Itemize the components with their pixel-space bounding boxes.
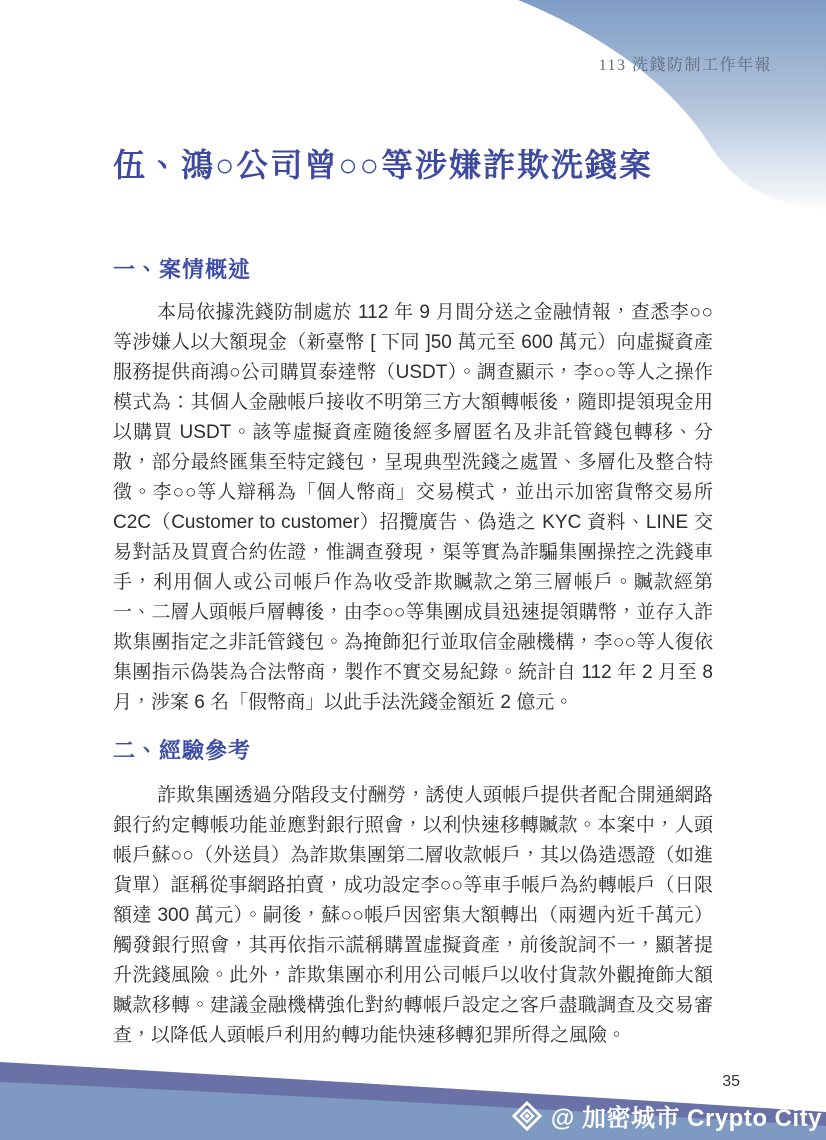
section-heading-case-summary: 一、案情概述 — [113, 256, 713, 283]
section-body-case-summary: 本局依據洗錢防制處於 112 年 9 月間分送之金融情報，查悉李○○等涉嫌人以大… — [113, 298, 713, 718]
report-page: 113 洗錢防制工作年報 伍、鴻○公司曾○○等涉嫌詐欺洗錢案 一、案情概述 本局… — [0, 0, 826, 1140]
page-number: 35 — [722, 1073, 740, 1091]
section-heading-experience-reference: 二、經驗參考 — [113, 737, 713, 764]
page-title: 伍、鴻○公司曾○○等涉嫌詐欺洗錢案 — [113, 146, 713, 184]
watermark: @ 加密城市 Crypto City — [512, 1098, 822, 1133]
crypto-city-diamond-icon — [512, 1101, 542, 1131]
watermark-text: @ 加密城市 Crypto City — [551, 1098, 822, 1133]
section-body-experience-reference: 詐欺集團透過分階段支付酬勞，誘使人頭帳戶提供者配合開通網路銀行約定轉帳功能並應對… — [113, 781, 713, 1051]
section-experience-reference: 二、經驗參考 詐欺集團透過分階段支付酬勞，誘使人頭帳戶提供者配合開通網路銀行約定… — [113, 737, 713, 1051]
section-case-summary: 一、案情概述 本局依據洗錢防制處於 112 年 9 月間分送之金融情報，查悉李○… — [113, 256, 713, 718]
content-area: 伍、鴻○公司曾○○等涉嫌詐欺洗錢案 一、案情概述 本局依據洗錢防制處於 112 … — [113, 0, 713, 1051]
